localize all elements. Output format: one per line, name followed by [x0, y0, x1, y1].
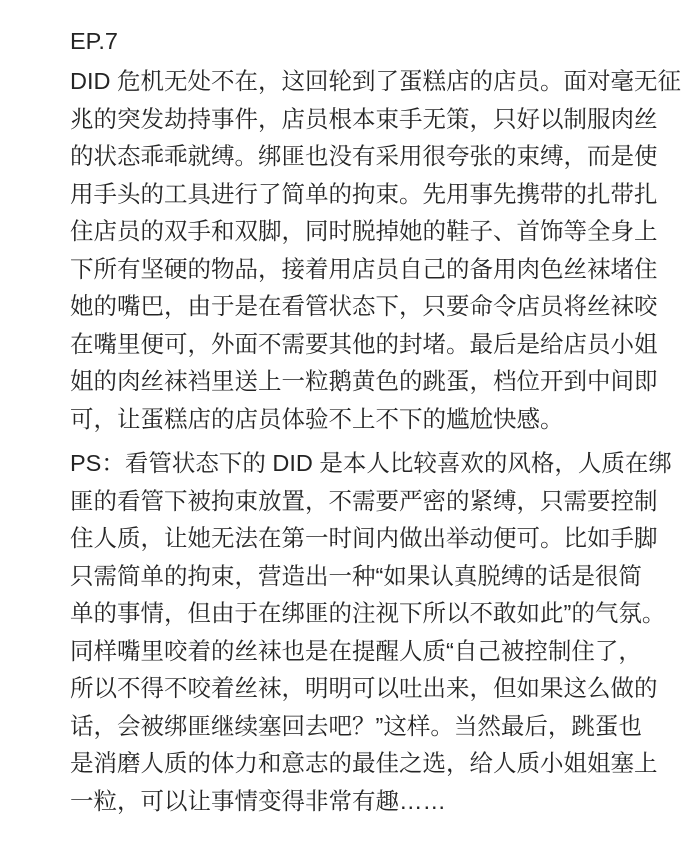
- text-line: 兆的突发劫持事件，店员根本束手无策，只好以制服肉丝: [70, 101, 643, 139]
- text-line: 只需简单的拘束，营造出一种“如果认真脱缚的话是很简: [70, 558, 643, 596]
- text-line: 话，会被绑匪继续塞回去吧？”这样。当然最后，跳蛋也: [70, 708, 643, 746]
- document-body: EP.7 DID 危机无处不在，这回轮到了蛋糕店的店员。面对毫无征 兆的突发劫持…: [0, 0, 687, 820]
- text-line: 所以不得不咬着丝袜，明明可以吐出来，但如果这么做的: [70, 670, 643, 708]
- text-line: 同样嘴里咬着的丝袜也是在提醒人质“自己被控制住了，: [70, 633, 643, 671]
- text-line: DID 危机无处不在，这回轮到了蛋糕店的店员。面对毫无征: [70, 63, 643, 101]
- text-line: 下所有坚硬的物品，接着用店员自己的备用肉色丝袜堵住: [70, 251, 643, 289]
- text-line: 的状态乖乖就缚。绑匪也没有采用很夸张的束缚，而是使: [70, 138, 643, 176]
- text-line: PS：看管状态下的 DID 是本人比较喜欢的风格，人质在绑: [70, 445, 643, 483]
- text-line: 是消磨人质的体力和意志的最佳之选，给人质小姐姐塞上: [70, 745, 643, 783]
- summary-paragraph: DID 危机无处不在，这回轮到了蛋糕店的店员。面对毫无征 兆的突发劫持事件，店员…: [70, 63, 643, 438]
- text-line: 住店员的双手和双脚，同时脱掉她的鞋子、首饰等全身上: [70, 213, 643, 251]
- text-line: 匪的看管下被拘束放置，不需要严密的紧缚，只需要控制: [70, 483, 643, 521]
- text-line: 一粒，可以让事情变得非常有趣……: [70, 783, 643, 821]
- text-line: 姐的肉丝袜裆里送上一粒鹅黄色的跳蛋，档位开到中间即: [70, 363, 643, 401]
- text-line: 住人质，让她无法在第一时间内做出举动便可。比如手脚: [70, 520, 643, 558]
- text-line: 用手头的工具进行了简单的拘束。先用事先携带的扎带扎: [70, 176, 643, 214]
- text-line: 在嘴里便可，外面不需要其他的封堵。最后是给店员小姐: [70, 326, 643, 364]
- text-line: 单的事情，但由于在绑匪的注视下所以不敢如此”的气氛。: [70, 595, 643, 633]
- episode-title: EP.7: [70, 23, 643, 61]
- text-line: 她的嘴巴，由于是在看管状态下，只要命令店员将丝袜咬: [70, 288, 643, 326]
- ps-paragraph: PS：看管状态下的 DID 是本人比较喜欢的风格，人质在绑 匪的看管下被拘束放置…: [70, 445, 643, 820]
- text-line: 可，让蛋糕店的店员体验不上不下的尴尬快感。: [70, 401, 643, 439]
- page: { "page": { "background_color": "#ffffff…: [0, 0, 687, 867]
